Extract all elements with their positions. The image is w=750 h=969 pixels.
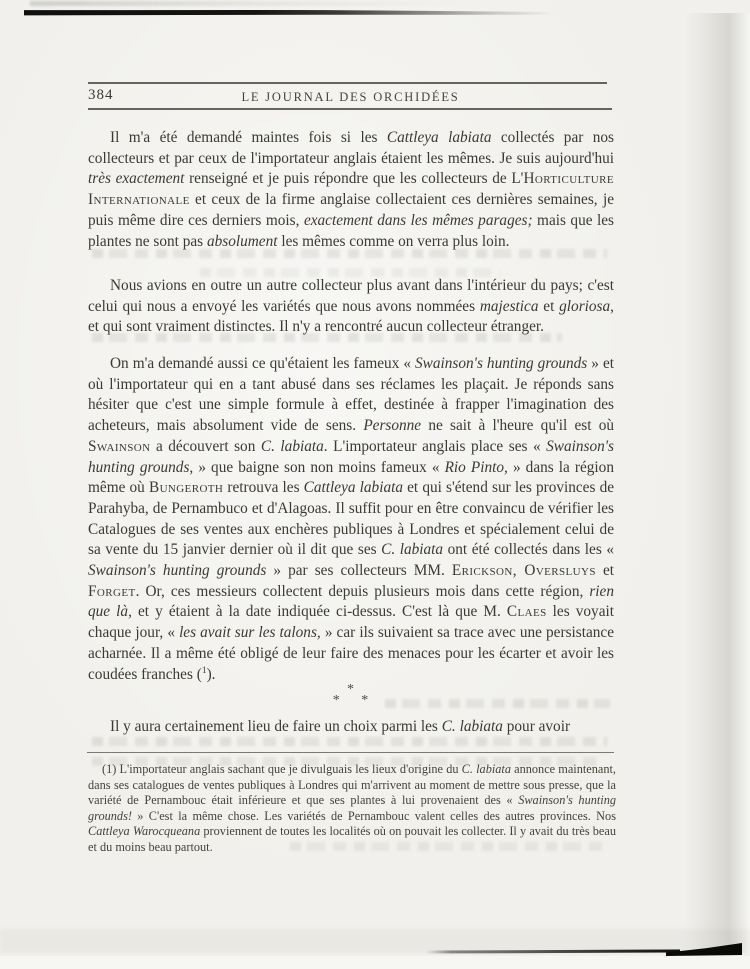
scan-bottom-margin [0, 956, 750, 969]
body-paragraph-2: Nous avions en outre un autre collecteur… [88, 276, 614, 338]
page-curl-shadow [684, 13, 750, 954]
header-rule-bottom [88, 108, 612, 110]
footnote-text: (1) L'importateur anglais sachant que je… [88, 762, 616, 855]
body-paragraph-4: Il y aura certainement lieu de faire un … [88, 717, 614, 738]
scan-top-smudge [30, 1, 460, 6]
bleedthrough-text-artifact [92, 737, 607, 746]
body-paragraph-1: Il m'a été demandé maintes fois si les C… [88, 128, 614, 252]
scanned-page: 384 LE JOURNAL DES ORCHIDÉES Il m'a été … [0, 0, 750, 969]
footnote-rule [87, 752, 614, 753]
asterism-separator: * * * [88, 685, 613, 706]
asterism-bottom-stars: * * [88, 695, 613, 706]
body-paragraph-3: On m'a demandé aussi ce qu'étaient les f… [88, 354, 614, 685]
scan-top-band [24, 10, 572, 17]
header-rule-top [88, 82, 607, 84]
journal-title: LE JOURNAL DES ORCHIDÉES [88, 90, 613, 105]
